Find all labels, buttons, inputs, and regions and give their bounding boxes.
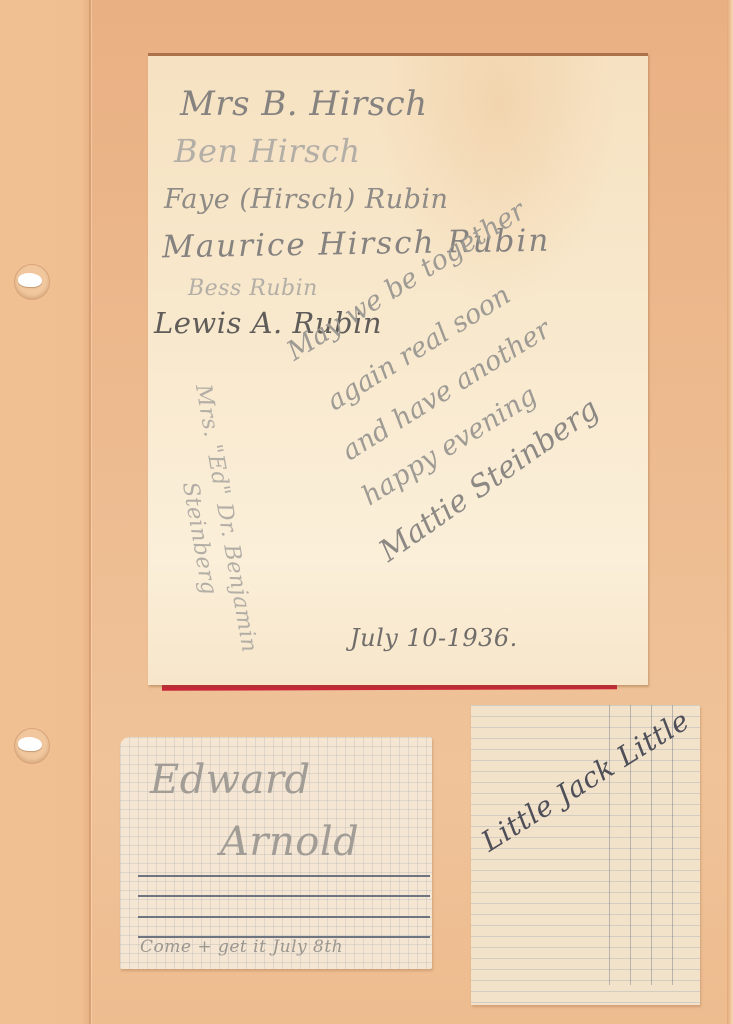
ruled-line [138,895,430,897]
signature-edward: Edward [150,757,311,803]
little-jack-little-card: Little Jack Little [471,705,700,1005]
hole-reinforcement-icon [18,737,42,751]
binding-strip [0,0,90,1024]
ruled-line [138,916,430,918]
binder-hole-top [14,264,50,300]
fold-line [89,0,91,1024]
note-come-get-it: Come + get it July 8th [140,937,343,957]
signature-bess-rubin: Bess Rubin [188,276,318,301]
signature-little-jack-little: Little Jack Little [476,704,696,858]
ruled-line [138,875,430,877]
binder-hole-bottom [14,728,50,764]
signature-faye-rubin: Faye (Hirsch) Rubin [164,184,448,215]
date-inscription: July 10-1936. [350,624,518,652]
signature-mrs-b-hirsch: Mrs B. Hirsch [180,84,428,124]
main-autograph-card: Mrs B. Hirsch Ben Hirsch Faye (Hirsch) R… [148,53,648,685]
ledger-column-line [672,705,673,985]
signature-ben-hirsch: Ben Hirsch [174,132,361,170]
signature-arnold: Arnold [220,819,359,865]
edward-arnold-card: Edward Arnold Come + get it July 8th [120,737,432,969]
hole-reinforcement-icon [18,273,42,287]
page-right-edge [727,0,733,1024]
